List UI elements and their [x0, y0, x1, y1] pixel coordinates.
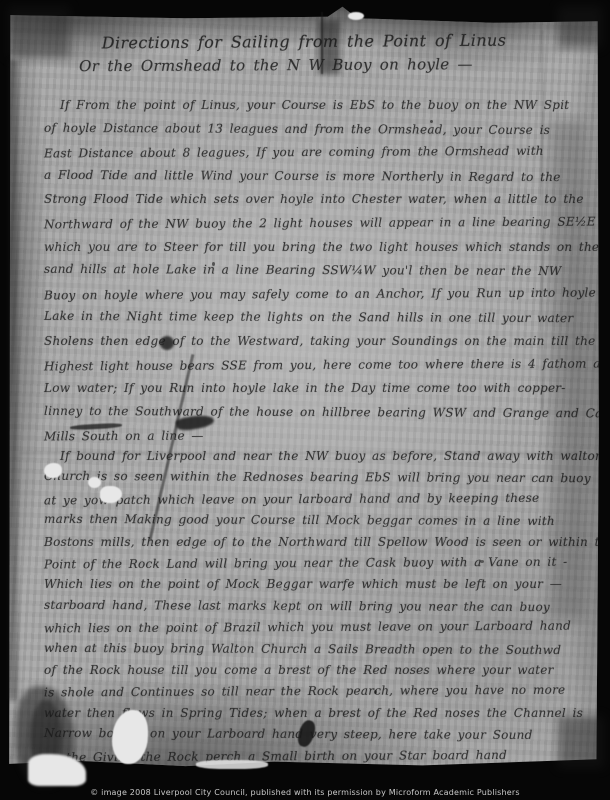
manuscript-line: which lies on the point of Brazil which …: [44, 616, 578, 640]
manuscript-line: Narrow bourbo on your Larboard hand very…: [44, 723, 578, 747]
manuscript-line: If From the point of Linus, your Course …: [44, 94, 578, 118]
manuscript-page: Directions for Sailing from the Point of…: [8, 6, 600, 770]
manuscript-line: when at this buoy bring Walton Church a …: [44, 637, 578, 661]
manuscript-line: water then flows in Spring Tides; when a…: [44, 703, 578, 724]
manuscript-line: till bring you Into the fair Channel lea…: [44, 766, 578, 790]
manuscript-line: Point of the Rock Land will bring you ne…: [44, 552, 578, 576]
manuscript-line: Which lies on the point of Mock Beggar w…: [44, 574, 578, 595]
manuscript-line: Sholens then edge of to the Westward, ta…: [44, 330, 578, 354]
manuscript-line: Northward of the NW buoy the 2 light hou…: [44, 211, 578, 237]
manuscript-line: Church is so seen within the Rednoses be…: [44, 466, 578, 490]
manuscript-line: Bostons mills, then edge of to the North…: [44, 532, 578, 553]
manuscript-line: marks then Making good your Course till …: [44, 509, 578, 533]
manuscript-line: Lake in the Night time keep the lights o…: [44, 305, 578, 331]
title-line-2: Or the Ormshead to the N W Buoy on hoyle…: [0, 55, 572, 76]
manuscript-line: Highest light house bears SSE from you, …: [44, 352, 578, 378]
manuscript-line: a Flood Tide and little Wind your Course…: [44, 164, 578, 190]
manuscript-line: Low water; If you Run into hoyle lake in…: [44, 377, 578, 401]
manuscript-line: which you are to Steer for till you brin…: [44, 236, 578, 260]
manuscript-line: Buoy on hoyle where you may safely come …: [44, 281, 578, 307]
manuscript-paragraph-1: If From the point of Linus, your Course …: [44, 94, 578, 448]
manuscript-title: Directions for Sailing from the Point of…: [8, 32, 600, 74]
manuscript-line: at ye yow patch which leave on your larb…: [44, 487, 578, 511]
manuscript-line: on the Giving the Rock perch a Small bir…: [44, 744, 578, 768]
title-line-1: Directions for Sailing from the Point of…: [8, 30, 600, 53]
manuscript-line: Strong Flood Tide which sets over hoyle …: [44, 188, 578, 212]
copyright-caption: © image 2008 Liverpool City Council, pub…: [0, 788, 610, 797]
manuscript-line: sand hills at hole Lake in a line Bearin…: [44, 258, 578, 284]
manuscript-line: linney to the Southward of the house on …: [44, 400, 578, 426]
manuscript-line: East Distance about 8 leagues, If you ar…: [44, 140, 578, 166]
manuscript-line: is shole and Continues so till near the …: [44, 680, 578, 704]
manuscript-line: of the Rock house till you come a brest …: [44, 660, 578, 681]
manuscript-paragraph-2: If bound for Liverpool and near the NW b…: [44, 446, 578, 789]
manuscript-line: If bound for Liverpool and near the NW b…: [44, 446, 578, 467]
manuscript-line: of hoyle Distance about 13 leagues and f…: [44, 116, 578, 142]
manuscript-line: starboard hand, These last marks kept on…: [44, 595, 578, 619]
